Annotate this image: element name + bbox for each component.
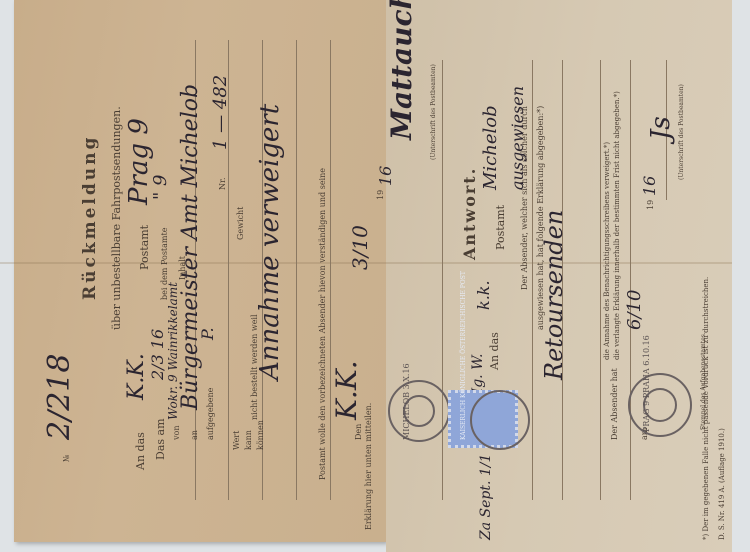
den-value: 3/10 xyxy=(348,225,372,270)
answer-postamt-label: Postamt xyxy=(494,205,507,250)
postmark-michelob-text: MICHELOB 3.X.16 xyxy=(402,363,411,440)
postmark-overstamp xyxy=(470,390,530,450)
aufgegebene-value: P. xyxy=(198,327,217,340)
das-am-value: 2/3 16 xyxy=(148,329,167,380)
form-title: Rückmeldung xyxy=(80,135,100,300)
answer-an-das-label: An das xyxy=(488,332,501,370)
postamt-label: Postamt xyxy=(138,225,151,270)
rule-line xyxy=(330,40,331,500)
rule-line xyxy=(532,60,533,500)
signature-left: Mattauch xyxy=(385,0,418,140)
rule-line xyxy=(630,60,631,500)
number-value: 2/218 xyxy=(42,354,77,440)
postmark-prag-text: PRAG 9 PRAHA 6.10.16 xyxy=(642,335,651,432)
answer-date-value: 6/10 xyxy=(624,290,645,330)
form-subtitle: über unbestellbare Fahrpostsendungen. xyxy=(110,106,123,330)
notice-text-2: Erklärung hier unten mitteilen. xyxy=(364,403,373,530)
year-value: 16 xyxy=(376,166,395,186)
aufgegebene-label: aufgegebene xyxy=(206,388,215,440)
von-label: von xyxy=(172,426,181,441)
nr-value: 1 — 482 xyxy=(210,75,231,150)
answer-year-prefix: 19 xyxy=(646,200,655,210)
das-am-label: Das am xyxy=(154,418,167,460)
an-das-label: An das xyxy=(134,432,147,470)
footnote: *) Der im gegebenen Falle nicht passende… xyxy=(702,277,710,540)
year-prefix: 19 xyxy=(376,190,385,200)
option-1: die Annahme des Benachrichtigungsschreib… xyxy=(603,142,611,360)
an-das-value: K.K. xyxy=(124,353,149,400)
signature-caption-right: (Unterschrift des Postbeamten) xyxy=(678,84,685,180)
handwritten-left: Za Sept. 1/1 xyxy=(478,454,494,540)
nr-label: Nr. xyxy=(218,178,227,191)
den-label: Den xyxy=(354,424,363,440)
rule-line xyxy=(296,40,297,500)
answer-an-das-value: k.k. xyxy=(474,280,493,310)
kann-label: kann xyxy=(244,430,253,450)
wert-label: Wert xyxy=(232,431,241,450)
option-2: die verlangte Erklärung innerhalb der be… xyxy=(613,91,621,360)
answer-line1-value: ausgewiesen xyxy=(508,86,527,190)
absender-label: Der Absender hat xyxy=(610,368,619,440)
answer-postamt-value: Michelob xyxy=(480,105,501,190)
signature-right: Js xyxy=(646,116,676,140)
koennen-label: können xyxy=(256,420,265,450)
rule-line xyxy=(600,60,601,500)
form-code: D. S. Nr. 419 A. (Auflage 1910.) xyxy=(718,428,726,540)
number-label: № xyxy=(62,454,71,462)
rule-line xyxy=(442,60,443,500)
gewicht-label: Gewicht xyxy=(236,207,245,240)
answer-year-value: 16 xyxy=(640,176,659,196)
postage-stamp-text: KAISERLICH KÖNIGLICHE ÖSTERREICHISCHE PO… xyxy=(460,271,467,440)
notice-text: Postamt wolle den vorbezeichneten Absend… xyxy=(318,168,327,480)
answer-title: Antwort. xyxy=(460,167,479,260)
recipient-value: Bürgermeister Amt Michelob xyxy=(178,84,203,410)
decision-value: Retoursenden xyxy=(540,210,568,380)
bei-dem-postamte-value: " 9 xyxy=(150,175,171,200)
reason-value: Annahme verweigert xyxy=(255,104,285,380)
kk-value: K.K. xyxy=(330,360,363,420)
signature-caption-left: (Unterschrift des Postbeamten) xyxy=(430,64,437,160)
an-label: an xyxy=(190,430,199,440)
